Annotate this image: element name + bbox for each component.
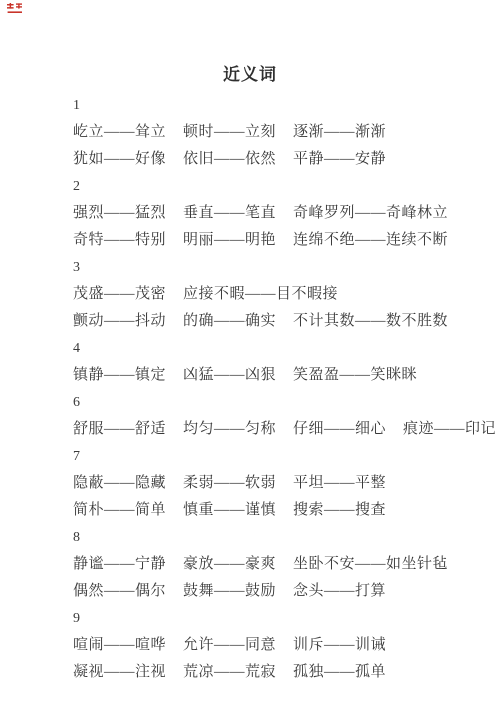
synonym-line: 屹立——耸立顿时——立刻逐渐——渐渐	[73, 119, 470, 146]
synonym-pair: 屹立——耸立	[73, 119, 166, 146]
synonym-line: 隐蔽——隐藏柔弱——软弱平坦——平整	[73, 470, 470, 497]
synonym-pair: 均匀——匀称	[183, 416, 276, 443]
synonym-pair: 奇峰罗列——奇峰林立	[293, 200, 448, 227]
synonym-pair: 平坦——平整	[293, 470, 386, 497]
synonym-pair: 的确——确实	[183, 308, 276, 335]
synonym-line: 茂盛——茂密应接不暇——目不暇接	[73, 281, 470, 308]
synonym-pair: 凶猛——凶狠	[183, 362, 276, 389]
synonym-pair: 犹如——好像	[73, 146, 166, 173]
synonym-line: 静谧——宁静豪放——豪爽坐卧不安——如坐针毡	[73, 551, 470, 578]
synonym-line: 颤动——抖动的确——确实不计其数——数不胜数	[73, 308, 470, 335]
synonym-pair: 笑盈盈——笑眯眯	[293, 362, 417, 389]
synonym-pair: 允许——同意	[183, 632, 276, 659]
synonym-line: 镇静——镇定凶猛——凶狠笑盈盈——笑眯眯	[73, 362, 470, 389]
synonym-pair: 奇特——特别	[73, 227, 166, 254]
synonym-pair: 鼓舞——鼓励	[183, 578, 276, 605]
section-number: 8	[73, 524, 470, 551]
synonym-pair: 柔弱——软弱	[183, 470, 276, 497]
section-number: 1	[73, 92, 470, 119]
document-page: 近义词 1屹立——耸立顿时——立刻逐渐——渐渐犹如——好像依旧——依然平静——安…	[0, 0, 500, 707]
synonym-pair: 坐卧不安——如坐针毡	[293, 551, 448, 578]
synonym-pair: 平静——安静	[293, 146, 386, 173]
section-number: 2	[73, 173, 470, 200]
synonym-pair: 强烈——猛烈	[73, 200, 166, 227]
section-number: 3	[73, 254, 470, 281]
synonym-pair: 偶然——偶尔	[73, 578, 166, 605]
synonym-line: 奇特——特别明丽——明艳连绵不绝——连续不断	[73, 227, 470, 254]
synonym-line: 简朴——简单慎重——谨慎搜索——搜查	[73, 497, 470, 524]
section-number: 7	[73, 443, 470, 470]
synonym-pair: 依旧——依然	[183, 146, 276, 173]
synonym-pair: 训斥——训诫	[293, 632, 386, 659]
section-number: 6	[73, 389, 470, 416]
synonym-pair: 孤独——孤单	[293, 659, 386, 686]
synonym-pair: 豪放——豪爽	[183, 551, 276, 578]
synonym-pair: 应接不暇——目不暇接	[183, 281, 338, 308]
synonym-pair: 喧闹——喧哗	[73, 632, 166, 659]
synonym-pair: 慎重——谨慎	[183, 497, 276, 524]
synonym-pair: 不计其数——数不胜数	[293, 308, 448, 335]
synonym-pair: 连绵不绝——连续不断	[293, 227, 448, 254]
synonym-line: 凝视——注视荒凉——荒寂孤独——孤单	[73, 659, 470, 686]
synonym-pair: 痕迹——印记	[403, 416, 496, 443]
section-number: 9	[73, 605, 470, 632]
synonym-pair: 搜索——搜查	[293, 497, 386, 524]
page-title: 近义词	[0, 0, 500, 85]
section-number: 4	[73, 335, 470, 362]
synonym-pair: 垂直——笔直	[183, 200, 276, 227]
synonym-line: 偶然——偶尔鼓舞——鼓励念头——打算	[73, 578, 470, 605]
synonym-pair: 顿时——立刻	[183, 119, 276, 146]
synonym-line: 犹如——好像依旧——依然平静——安静	[73, 146, 470, 173]
synonym-line: 舒服——舒适均匀——匀称仔细——细心痕迹——印记	[73, 416, 470, 443]
synonym-line: 喧闹——喧哗允许——同意训斥——训诫	[73, 632, 470, 659]
red-stamp-icon	[7, 3, 23, 16]
synonym-pair: 简朴——简单	[73, 497, 166, 524]
synonym-pair: 明丽——明艳	[183, 227, 276, 254]
synonym-pair: 镇静——镇定	[73, 362, 166, 389]
synonym-pair: 颤动——抖动	[73, 308, 166, 335]
synonym-pair: 舒服——舒适	[73, 416, 166, 443]
synonym-pair: 念头——打算	[293, 578, 386, 605]
synonym-pair: 逐渐——渐渐	[293, 119, 386, 146]
synonym-pair: 仔细——细心	[293, 416, 386, 443]
synonym-pair: 隐蔽——隐藏	[73, 470, 166, 497]
synonym-pair: 静谧——宁静	[73, 551, 166, 578]
synonym-line: 强烈——猛烈垂直——笔直奇峰罗列——奇峰林立	[73, 200, 470, 227]
synonym-list: 1屹立——耸立顿时——立刻逐渐——渐渐犹如——好像依旧——依然平静——安静2强烈…	[0, 85, 500, 686]
synonym-pair: 凝视——注视	[73, 659, 166, 686]
synonym-pair: 茂盛——茂密	[73, 281, 166, 308]
synonym-pair: 荒凉——荒寂	[183, 659, 276, 686]
